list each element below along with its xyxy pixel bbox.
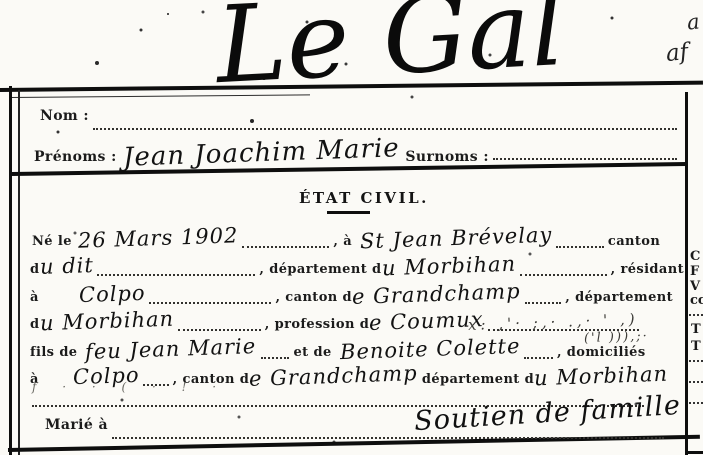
prenoms-label: Prénoms : xyxy=(34,149,117,165)
dotted-leader xyxy=(493,157,677,160)
margin-fragment-t2: T xyxy=(691,339,701,354)
dotted-leader xyxy=(520,273,607,276)
departement-handwriting: u Morbihan xyxy=(39,307,174,336)
d-label: d xyxy=(30,317,40,332)
margin-column-rule xyxy=(688,451,703,454)
profession-handwriting: e Coumux xyxy=(369,307,484,335)
departement-handwriting: u Morbihan xyxy=(381,252,516,281)
father-handwriting: feu Jean Marie xyxy=(85,334,257,364)
dotted-leader xyxy=(242,245,329,248)
scan-noise-speckles xyxy=(167,13,169,15)
margin-dotted-fragment xyxy=(689,360,703,362)
corner-handwriting-2: af xyxy=(665,39,690,67)
canton-handwriting: e Grandchamp xyxy=(352,279,521,309)
margin-fragment-v: V xyxy=(690,279,700,294)
profession-label: , profession d xyxy=(265,317,369,332)
ne-le-label: Né le xyxy=(32,234,72,249)
residant-label: , résidant xyxy=(611,262,684,277)
departement-label: , département d xyxy=(259,262,381,277)
field-row-ne-le: Né le 26 Mars 1902 , à St Jean Brévelay … xyxy=(32,226,684,252)
dotted-leader xyxy=(97,273,255,276)
canton-de-label: , canton d xyxy=(275,290,352,305)
scanned-register-card: Le Gal a af Nom : Prénoms : Jean Joachim… xyxy=(0,0,703,455)
field-row-prenoms: Prénoms : Jean Joachim Marie Surnoms : xyxy=(34,138,681,164)
surname-handwriting: Le Gal xyxy=(213,0,567,99)
et-de-label: et de xyxy=(293,345,331,360)
margin-dotted-fragment xyxy=(689,402,703,404)
box-border-right xyxy=(685,92,688,455)
a-label: , à xyxy=(333,234,352,249)
dotted-leader xyxy=(112,436,664,439)
canton-dit-handwriting: u dit xyxy=(39,253,94,279)
margin-fragment-f: F xyxy=(690,264,699,279)
marie-a-label: Marié à xyxy=(45,417,108,433)
d-label: d xyxy=(30,262,40,277)
residence-handwriting: Colpo xyxy=(78,281,145,307)
margin-fragment-t1: T xyxy=(691,322,701,337)
dotted-leader xyxy=(556,245,604,248)
domicilies-label: , domiciliés xyxy=(557,345,646,360)
dotted-leader xyxy=(93,127,677,130)
field-row-residence: à Colpo , canton d e Grandchamp , départ… xyxy=(30,282,673,308)
etat-civil-title: ÉTAT CIVIL. xyxy=(299,189,429,207)
dotted-leader xyxy=(149,301,271,304)
dotted-leader xyxy=(525,301,562,304)
nom-label: Nom : xyxy=(40,108,89,124)
field-row-departement: d u dit , département d u Morbihan , rés… xyxy=(30,254,684,280)
dotted-leader xyxy=(524,356,553,359)
dotted-leader xyxy=(261,356,290,359)
departement-label: , département xyxy=(565,290,673,305)
birthdate-handwriting: 26 Mars 1902 xyxy=(78,223,239,253)
surnoms-label: Surnoms : xyxy=(405,149,489,165)
box-border-left-inner xyxy=(18,90,20,455)
canton-label: canton xyxy=(608,234,660,249)
faint-pencil-marks: f · · ( · ! · xyxy=(32,380,227,394)
box-border-left-outer xyxy=(9,86,12,455)
dotted-leader xyxy=(178,328,261,331)
margin-fragment-cc: cc xyxy=(690,293,703,308)
margin-dotted-fragment xyxy=(689,314,703,316)
field-row-nom: Nom : xyxy=(40,108,681,134)
mother-handwriting: Benoite Colette xyxy=(339,334,520,364)
fils-de-label: fils de xyxy=(30,345,77,360)
corner-handwriting-1: a xyxy=(686,9,701,34)
margin-dotted-fragment xyxy=(689,381,703,383)
margin-fragment-c: C xyxy=(690,249,700,264)
a-label: à xyxy=(30,290,39,305)
birthplace-handwriting: St Jean Brévelay xyxy=(360,223,553,254)
overwritten-ink-marks: ('l ))),;· xyxy=(584,329,649,346)
etat-civil-underline xyxy=(327,211,370,214)
